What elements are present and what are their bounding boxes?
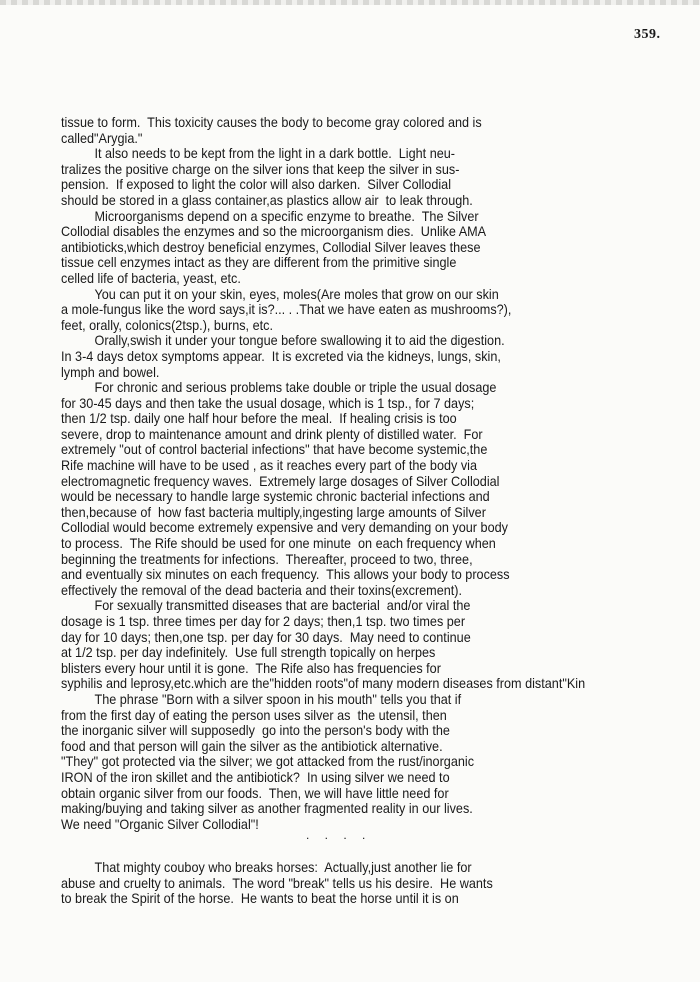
text-line: feet, orally, colonics(2tsp.), burns, et… [61, 318, 656, 334]
text-line: dosage is 1 tsp. three times per day for… [61, 614, 656, 630]
text-line: electromagnetic frequency waves. Extreme… [61, 474, 656, 490]
scan-artifact [0, 0, 700, 5]
text-line: at 1/2 tsp. per day indefinitely. Use fu… [61, 645, 656, 661]
text-line: pension. If exposed to light the color w… [61, 177, 656, 193]
text-line: food and that person will gain the silve… [61, 739, 656, 755]
text-line: would be necessary to handle large syste… [61, 489, 656, 505]
paragraph: For chronic and serious problems take do… [61, 380, 656, 598]
text-line: antibioticks,which destroy beneficial en… [61, 240, 656, 256]
text-line: from the first day of eating the person … [61, 708, 656, 724]
text-line: beginning the treatments for infections.… [61, 552, 656, 568]
paragraph: Microorganisms depend on a specific enzy… [61, 209, 656, 287]
text-line: and eventually six minutes on each frequ… [61, 567, 656, 583]
text-line: tissue to form. This toxicity causes the… [61, 115, 656, 131]
text-line: celled life of bacteria, yeast, etc. [61, 271, 656, 287]
text-line: Collodial disables the enzymes and so th… [61, 224, 656, 240]
paragraph: tissue to form. This toxicity causes the… [61, 115, 656, 146]
paragraph: The phrase "Born with a silver spoon in … [61, 692, 656, 832]
text-line: Rife machine will have to be used , as i… [61, 458, 656, 474]
text-line: For chronic and serious problems take do… [61, 380, 656, 396]
paragraph: That mighty couboy who breaks horses: Ac… [61, 860, 656, 907]
text-line: IRON of the iron skillet and the antibio… [61, 770, 656, 786]
text-line: For sexually transmitted diseases that a… [61, 598, 656, 614]
text-line: In 3-4 days detox symptoms appear. It is… [61, 349, 656, 365]
text-line: for 30-45 days and then take the usual d… [61, 396, 656, 412]
text-line: to process. The Rife should be used for … [61, 536, 656, 552]
text-line: You can put it on your skin, eyes, moles… [61, 287, 656, 303]
text-line: extremely "out of control bacterial infe… [61, 442, 656, 458]
text-line: obtain organic silver from our foods. Th… [61, 786, 656, 802]
paragraph: You can put it on your skin, eyes, moles… [61, 287, 656, 334]
text-line: tissue cell enzymes intact as they are d… [61, 255, 656, 271]
text-line: lymph and bowel. [61, 365, 656, 381]
text-line: a mole-fungus like the word says,it is?.… [61, 302, 656, 318]
text-line: It also needs to be kept from the light … [61, 146, 656, 162]
text-line: "They" got protected via the silver; we … [61, 754, 656, 770]
text-line: making/buying and taking silver as anoth… [61, 801, 656, 817]
text-line: syphilis and leprosy,etc.which are the"h… [61, 676, 656, 692]
text-line: That mighty couboy who breaks horses: Ac… [61, 860, 656, 876]
section-separator: . . . . [306, 828, 371, 842]
paragraph: For sexually transmitted diseases that a… [61, 598, 656, 692]
body-text: tissue to form. This toxicity causes the… [61, 115, 656, 832]
text-line: Collodial would become extremely expensi… [61, 520, 656, 536]
paragraph: It also needs to be kept from the light … [61, 146, 656, 208]
text-line: severe, drop to maintenance amount and d… [61, 427, 656, 443]
text-line: tralizes the positive charge on the silv… [61, 162, 656, 178]
text-line: then,because of how fast bacteria multip… [61, 505, 656, 521]
text-line: Microorganisms depend on a specific enzy… [61, 209, 656, 225]
text-line: blisters every hour until it is gone. Th… [61, 661, 656, 677]
text-line: the inorganic silver will supposedly go … [61, 723, 656, 739]
text-line: effectively the removal of the dead bact… [61, 583, 656, 599]
text-line: day for 10 days; then,one tsp. per day f… [61, 630, 656, 646]
text-line: should be stored in a glass container,as… [61, 193, 656, 209]
text-line: abuse and cruelty to animals. The word "… [61, 876, 656, 892]
page-number: 359. [634, 27, 661, 43]
text-line: to break the Spirit of the horse. He wan… [61, 891, 656, 907]
text-line: called"Arygia." [61, 131, 656, 147]
text-line: The phrase "Born with a silver spoon in … [61, 692, 656, 708]
text-line: then 1/2 tsp. daily one half hour before… [61, 411, 656, 427]
final-paragraph: That mighty couboy who breaks horses: Ac… [61, 860, 656, 907]
text-line: Orally,swish it under your tongue before… [61, 333, 656, 349]
paragraph: Orally,swish it under your tongue before… [61, 333, 656, 380]
